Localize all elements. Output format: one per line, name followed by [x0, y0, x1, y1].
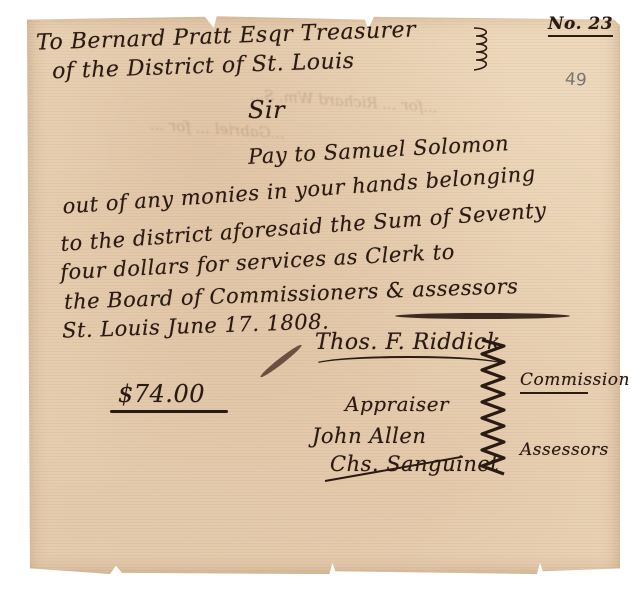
zigzag-bracket-icon — [478, 336, 508, 481]
signature-flourish — [312, 356, 506, 374]
assessors-role: Assessors — [520, 440, 609, 460]
amount-underline — [110, 410, 228, 413]
signature-commissioner: Thos. F. Riddick — [315, 330, 501, 355]
appraiser-label: Appraiser — [345, 392, 449, 416]
salutation: Sir — [248, 96, 285, 124]
signature-assessor-1: John Allen — [312, 424, 426, 448]
commissioner-role-underline — [520, 392, 588, 394]
flourish-curl-icon — [470, 24, 494, 74]
document-number: No. 23 — [548, 14, 613, 37]
commissioner-role: Commission — [520, 370, 630, 390]
payment-amount: $74.00 — [118, 380, 205, 408]
pencil-note: 49 — [564, 69, 587, 90]
ink-stroke-bar — [395, 313, 570, 319]
